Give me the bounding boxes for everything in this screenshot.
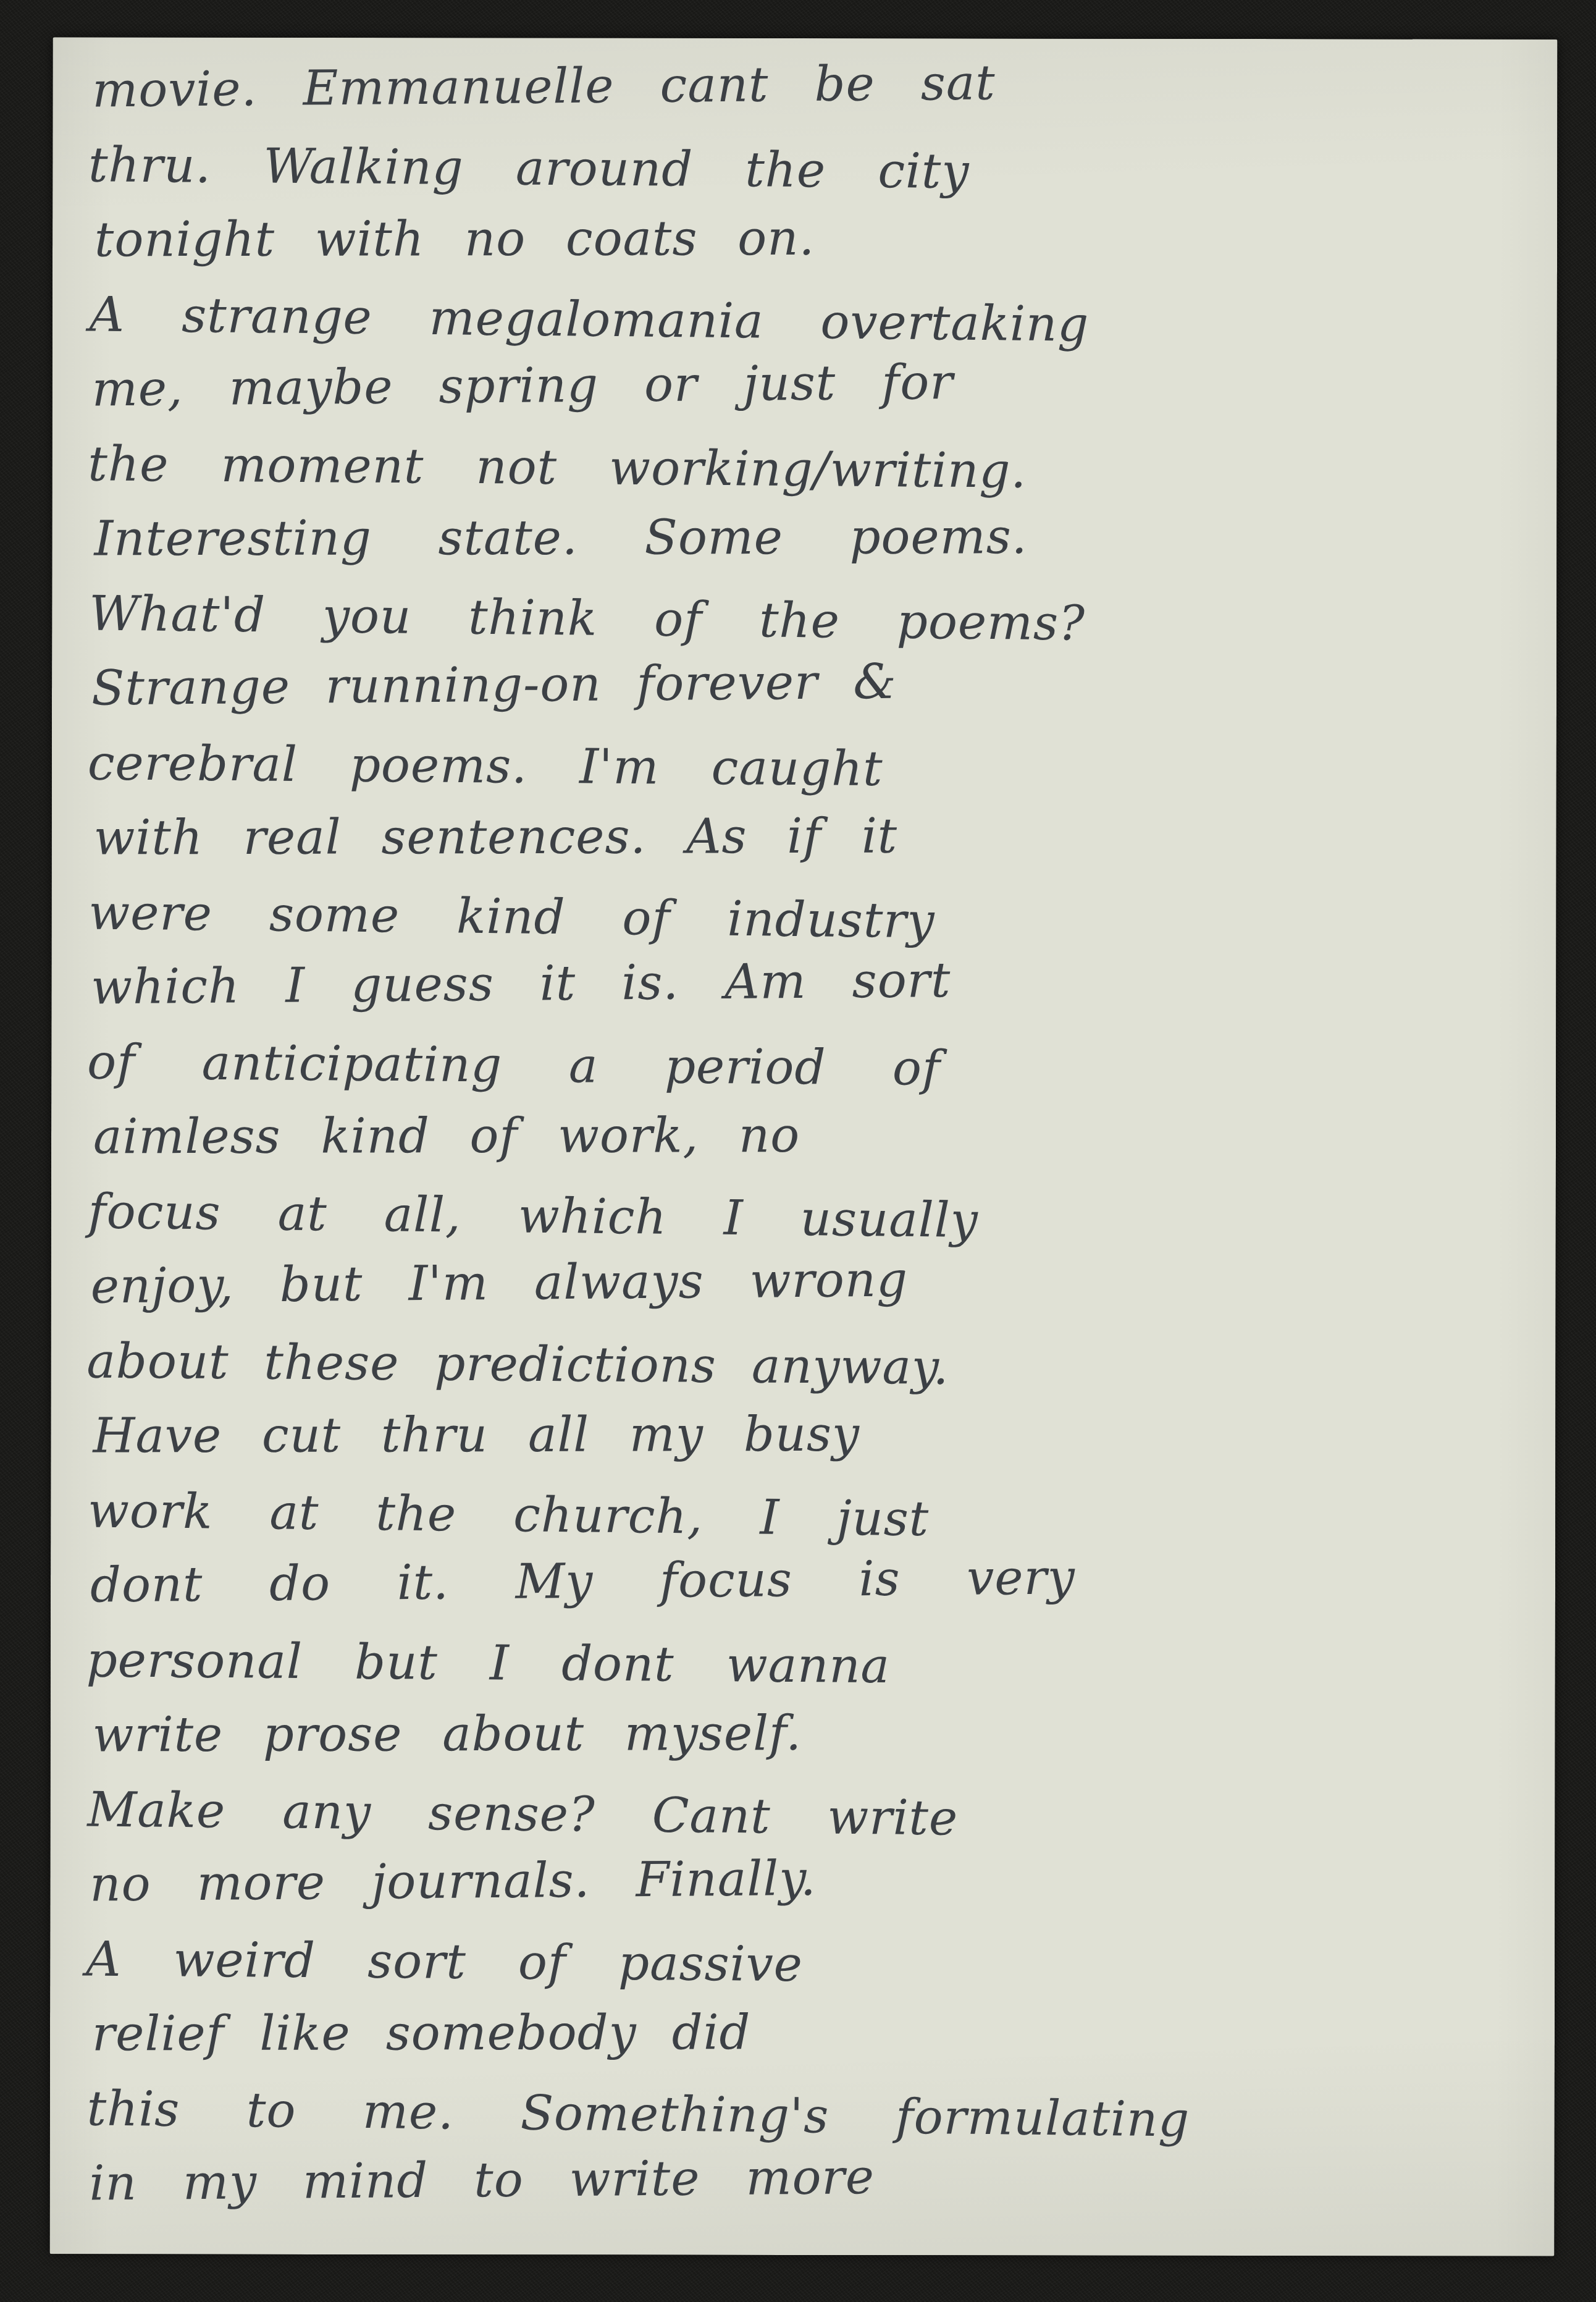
handwritten-text-block: movie. Emmanuelle cant be satthru. Walki… bbox=[85, 53, 1540, 2256]
handwritten-line: movie. Emmanuelle cant be sat bbox=[92, 41, 1540, 128]
handwritten-line: no more journals. Finally. bbox=[90, 1836, 1538, 1922]
handwritten-line: Interesting state. Some poems. bbox=[94, 499, 1539, 576]
handwritten-line: me, maybe spring or just for bbox=[91, 340, 1540, 427]
handwritten-line: in my mind to write more bbox=[89, 2135, 1537, 2221]
handwritten-line: aimless kind of work, no bbox=[93, 1097, 1539, 1174]
handwritten-line: tonight with no coats on. bbox=[94, 200, 1540, 277]
handwritten-line: enjoy, but I'm always wrong bbox=[90, 1237, 1539, 1324]
handwritten-line: Strange running-on forever & bbox=[91, 639, 1540, 726]
handwritten-line: dont do it. My focus is very bbox=[90, 1537, 1539, 1623]
handwritten-line: with real sentences. As if it bbox=[94, 798, 1539, 875]
letter-paper: movie. Emmanuelle cant be satthru. Walki… bbox=[49, 37, 1557, 2256]
handwritten-line: write prose about myself. bbox=[93, 1695, 1538, 1773]
handwritten-line: relief like somebody did bbox=[92, 1994, 1537, 2072]
handwritten-line: Have cut thru all my busy bbox=[93, 1396, 1538, 1474]
handwritten-line: which I guess it is. Am sort bbox=[91, 938, 1539, 1025]
